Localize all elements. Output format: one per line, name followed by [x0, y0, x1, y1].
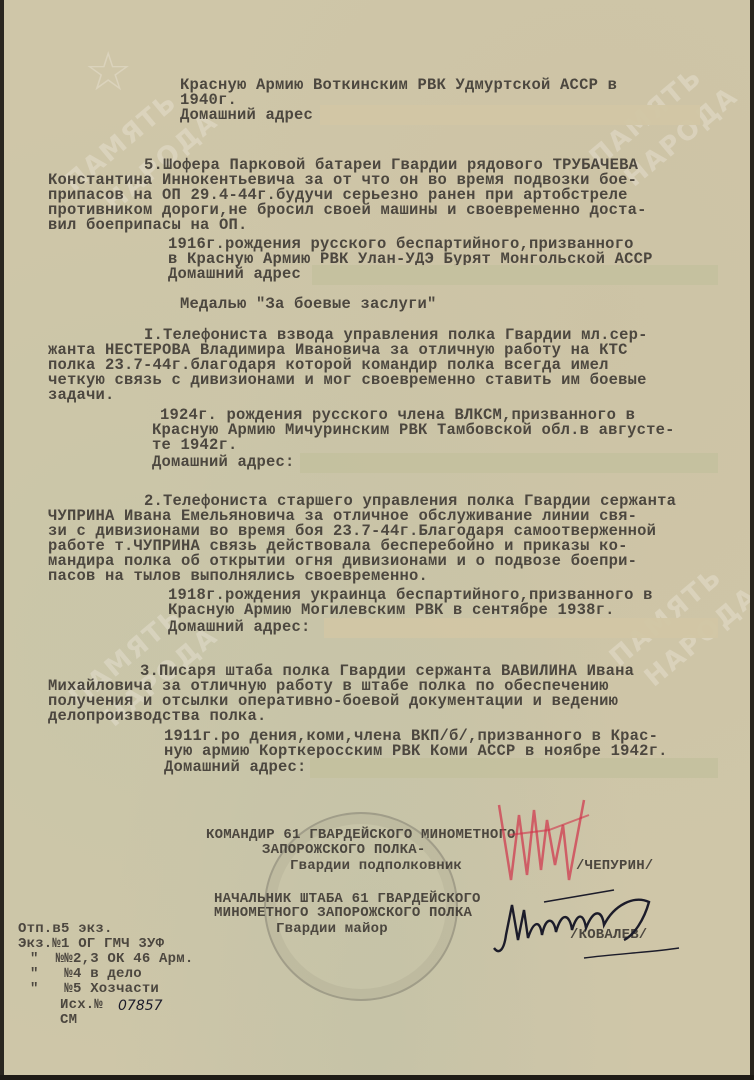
text-line: " №5 Хозчасти [30, 982, 159, 997]
text-line: Красную Армию Могилевским РВК в сентябре… [168, 603, 615, 618]
text-line: Домашний адрес: [168, 620, 311, 635]
text-line: Экз.№1 ОГ ГМЧ 3УФ [18, 937, 164, 952]
text-line: СМ [60, 1013, 77, 1028]
text-line: КОМАНДИР 61 ГВАРДЕЙСКОГО МИНОМЕТНОГО [206, 828, 516, 843]
text-line: Красную Армию Воткинским РВК Удмуртской … [180, 78, 617, 93]
text-line: МИНОМЕТНОГО ЗАПОРОЖСКОГО ПОЛКА [214, 906, 472, 921]
text-line: Домашний адрес [168, 267, 301, 282]
scan-border [0, 1075, 754, 1080]
text-line: вил боеприпасы на ОП. [48, 218, 248, 233]
text-line: Исх.№ [60, 998, 103, 1013]
text-line: Гвардии подполковник [290, 859, 462, 874]
redacted-address [324, 618, 718, 638]
text-line: Домашний адрес: [164, 760, 307, 775]
redacted-address [320, 105, 700, 125]
medal-heading: Медалью "За боевые заслуги" [180, 297, 437, 312]
text-line: пасов на тылов выполнялись своевременно. [48, 569, 428, 584]
text-line: Домашний адрес: [152, 455, 295, 470]
text-line: " №4 в дело [30, 967, 142, 982]
handwritten-outgoing-number: 07857 [118, 998, 163, 1014]
text-line: делопроизводства полка. [48, 709, 267, 724]
handwritten-signature-icon [484, 880, 684, 960]
text-line: Отп.в5 экз. [18, 922, 113, 937]
text-line: те 1942г. [152, 438, 238, 453]
redacted-address [310, 758, 718, 778]
watermark-star-icon: ☆ [84, 40, 132, 103]
text-line: четкую связь с дивизионами и мог своевре… [48, 373, 647, 388]
text-line: ЗАПОРОЖСКОГО ПОЛКА- [262, 843, 425, 858]
document-page: ☆ ПАМЯТЬ НАРОДА ПАМЯТЬ НАРОДА ПАМЯТЬ НАР… [4, 0, 750, 1075]
red-pencil-signature-icon [489, 795, 599, 885]
redacted-address [312, 265, 718, 285]
redacted-address [300, 453, 718, 473]
text-line: Домашний адрес [180, 108, 313, 123]
text-line: Гвардии майор [276, 922, 388, 937]
text-line: " №№2,3 ОК 46 Арм. [30, 952, 193, 967]
text-line: ную армию Корткеросским РВК Коми АССР в … [164, 744, 668, 759]
text-line: задачи. [48, 388, 115, 403]
